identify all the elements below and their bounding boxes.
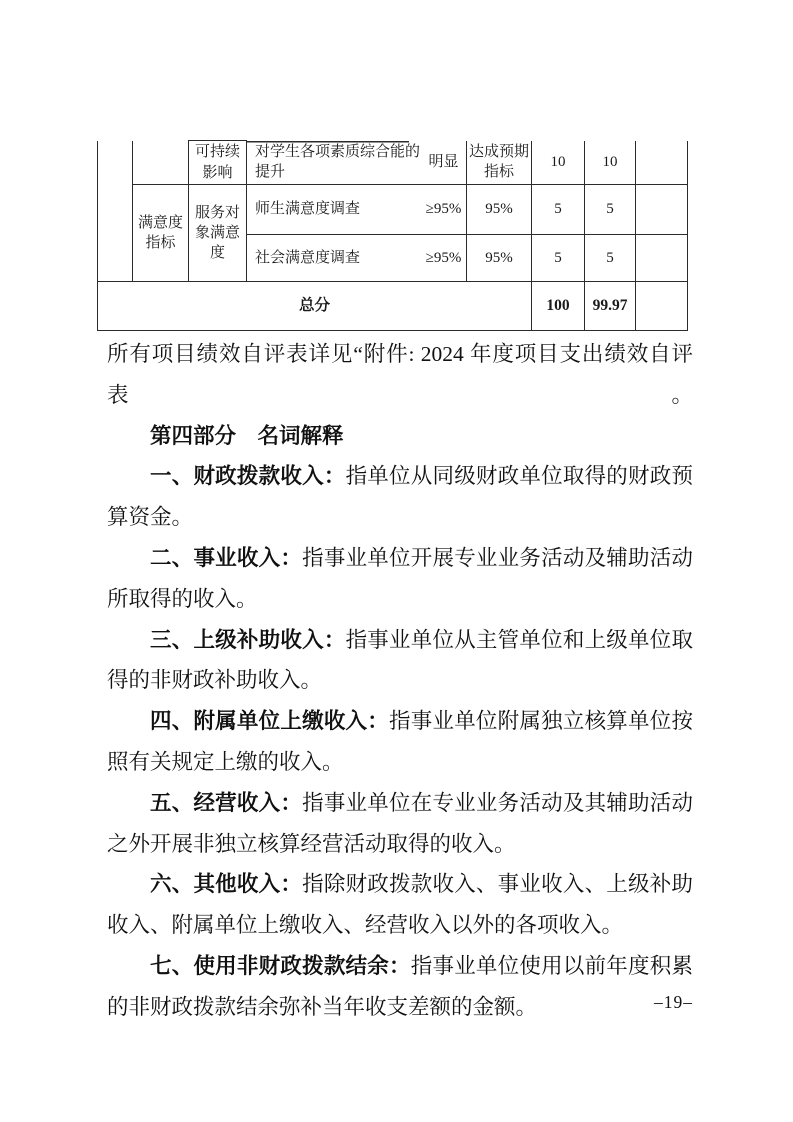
table-cell-empty xyxy=(636,185,688,235)
cell-total-score-full: 100 xyxy=(532,282,585,331)
table-row-total: 总分 100 99.97 xyxy=(98,282,688,331)
term-title: 五、经营收入： xyxy=(150,791,302,815)
cell-sustain-indicator: 对学生各项素质综合能的提升 明显 xyxy=(247,141,467,185)
cell-sustain-score-full: 10 xyxy=(532,141,585,185)
cell-society-actual: 95% xyxy=(467,235,532,282)
table-cell-empty xyxy=(133,141,189,185)
document-body: 所有项目绩效自评表详见“附件: 2024 年度项目支出绩效自评表。 第四部分 名… xyxy=(107,334,693,1028)
term-paragraph-4: 四、附属单位上缴收入：指事业单位附属独立核算单位按照有关规定上缴的收入。 xyxy=(107,701,693,783)
indicator-name: 社会满意度调查 xyxy=(249,248,423,268)
term-title: 一、财政拨款收入： xyxy=(150,464,346,488)
cell-society-indicator: 社会满意度调查 ≥95% xyxy=(247,235,467,282)
term-title: 六、其他收入： xyxy=(150,872,302,896)
cell-teacher-score-full: 5 xyxy=(532,185,585,235)
cell-total-score-self: 99.97 xyxy=(585,282,636,331)
term-paragraph-1: 一、财政拨款收入：指单位从同级财政单位取得的财政预算资金。 xyxy=(107,456,693,538)
indicator-name: 师生满意度调查 xyxy=(249,199,423,219)
table-cell-empty xyxy=(636,282,688,331)
page-number: –19– xyxy=(654,992,693,1013)
table-cell-empty xyxy=(636,235,688,282)
section-heading: 第四部分 名词解释 xyxy=(107,416,693,457)
intro-paragraph: 所有项目绩效自评表详见“附件: 2024 年度项目支出绩效自评表。 xyxy=(107,334,693,416)
indicator-target: ≥95% xyxy=(423,199,464,219)
cell-satisfaction-category: 满意度指标 xyxy=(133,185,189,282)
cell-sustain-group: 可持续影响 xyxy=(189,141,247,185)
term-title: 二、事业收入： xyxy=(150,546,302,570)
cell-sustain-actual: 达成预期指标 xyxy=(467,141,532,185)
cell-society-score-full: 5 xyxy=(532,235,585,282)
term-paragraph-5: 五、经营收入：指事业单位在专业业务活动及其辅助活动之外开展非独立核算经营活动取得… xyxy=(107,783,693,865)
table-cell-empty xyxy=(636,141,688,185)
term-title: 四、附属单位上缴收入： xyxy=(150,709,389,733)
cell-society-score-self: 5 xyxy=(585,235,636,282)
indicator-target: ≥95% xyxy=(423,248,464,268)
table-row-teacher-satisfaction: 满意度指标 服务对象满意度 师生满意度调查 ≥95% 95% 5 5 xyxy=(98,185,688,235)
cell-teacher-indicator: 师生满意度调查 ≥95% xyxy=(247,185,467,235)
cell-sustain-score-self: 10 xyxy=(585,141,636,185)
term-paragraph-3: 三、上级补助收入：指事业单位从主管单位和上级单位取得的非财政补助收入。 xyxy=(107,620,693,702)
term-paragraph-7: 七、使用非财政拨款结余：指事业单位使用以前年度积累的非财政拨款结余弥补当年收支差… xyxy=(107,946,693,1028)
term-title: 三、上级补助收入： xyxy=(150,628,346,652)
performance-self-evaluation-table: 可持续影响 对学生各项素质综合能的提升 明显 达成预期指标 10 10 满意度指… xyxy=(97,140,688,331)
document-page: 可持续影响 对学生各项素质综合能的提升 明显 达成预期指标 10 10 满意度指… xyxy=(0,0,793,1122)
table-cell-empty-left xyxy=(98,141,133,282)
term-title: 七、使用非财政拨款结余： xyxy=(150,954,411,978)
indicator-target: 明显 xyxy=(423,152,464,172)
cell-service-target-group: 服务对象满意度 xyxy=(189,185,247,282)
cell-total-label: 总分 xyxy=(98,282,532,331)
table-row-sustainable-impact: 可持续影响 对学生各项素质综合能的提升 明显 达成预期指标 10 10 xyxy=(98,141,688,185)
indicator-name: 对学生各项素质综合能的提升 xyxy=(249,142,423,183)
cell-teacher-score-self: 5 xyxy=(585,185,636,235)
term-paragraph-2: 二、事业收入：指事业单位开展专业业务活动及辅助活动所取得的收入。 xyxy=(107,538,693,620)
term-paragraph-6: 六、其他收入：指除财政拨款收入、事业收入、上级补助收入、附属单位上缴收入、经营收… xyxy=(107,864,693,946)
cell-teacher-actual: 95% xyxy=(467,185,532,235)
